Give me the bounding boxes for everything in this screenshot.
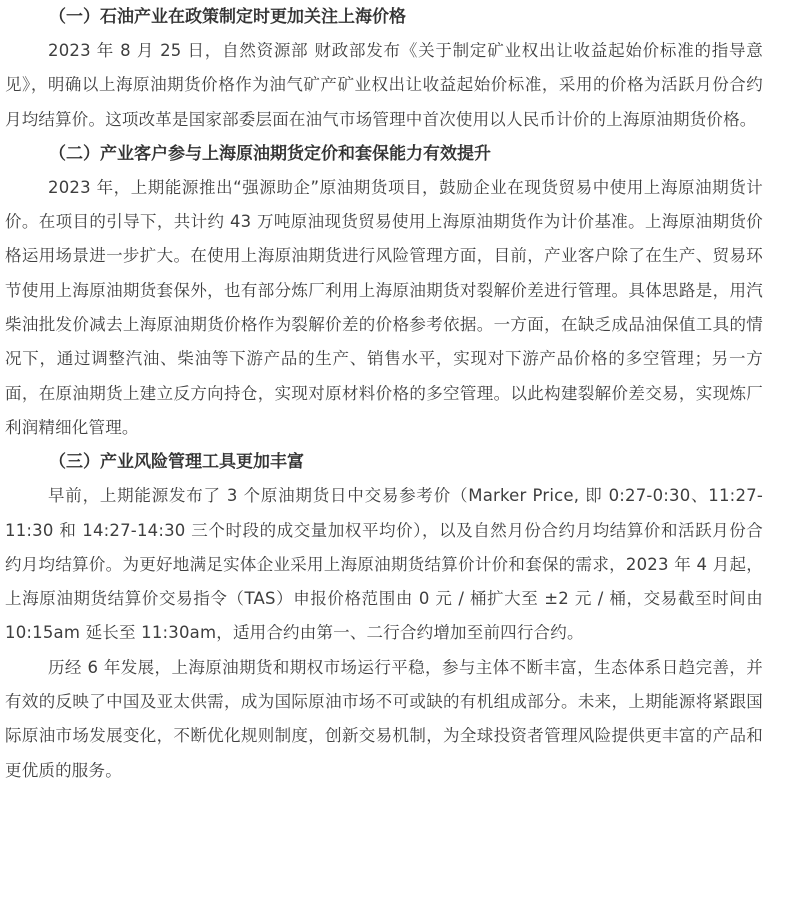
section-heading-3: （三）产业风险管理工具更加丰富 — [5, 445, 763, 479]
section-heading-1: （一）石油产业在政策制定时更加关注上海价格 — [5, 0, 763, 34]
section-2-paragraph-1: 2023 年，上期能源推出“强源助企”原油期货项目，鼓励企业在现货贸易中使用上海… — [5, 171, 763, 445]
section-3-paragraph-1: 早前，上期能源发布了 3 个原油期货日中交易参考价（Marker Price, … — [5, 479, 763, 650]
section-1-paragraph-1: 2023 年 8 月 25 日，自然资源部 财政部发布《关于制定矿业权出让收益起… — [5, 34, 763, 137]
section-heading-2: （二）产业客户参与上海原油期货定价和套保能力有效提升 — [5, 137, 763, 171]
section-3-paragraph-2: 历经 6 年发展，上海原油期货和期权市场运行平稳，参与主体不断丰富，生态体系日趋… — [5, 651, 763, 788]
article-body: （一）石油产业在政策制定时更加关注上海价格 2023 年 8 月 25 日，自然… — [0, 0, 789, 788]
